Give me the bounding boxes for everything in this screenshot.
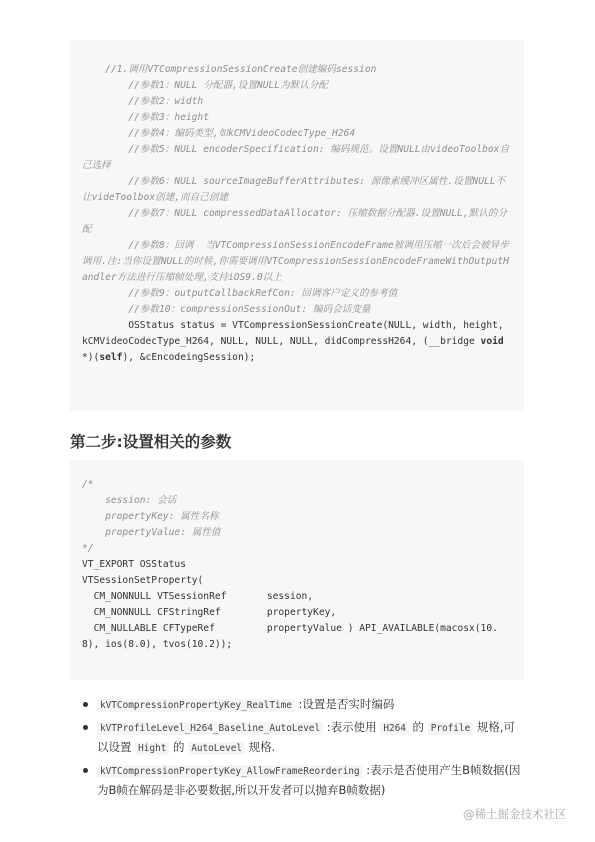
list-item-text: :表示使用 [323,720,380,734]
code-comment-line: //参数7：NULL compressedDataAllocator: 压缩数据… [82,206,512,238]
code-comment-line: //参数2：width [82,94,512,110]
inline-code: Profile [428,722,474,735]
code-comment-line: //参数10：compressionSessionOut: 编码会话变量 [82,302,512,318]
code-comment-line: /* [82,477,512,493]
code-comment-line: session: 会话 [82,493,512,509]
inline-code: kVTProfileLevel_H264_Baseline_AutoLevel [97,722,323,735]
watermark: @稀土掘金技术社区 [463,806,567,822]
inline-code: kVTCompressionPropertyKey_RealTime [97,699,295,712]
code-block-set-property: /* session: 会话 propertyKey: 属性名称 propert… [70,460,524,680]
code-block-create-session: //1.调用VTCompressionSessionCreate创建编码sess… [70,40,524,411]
list-item-text: :设置是否实时编码 [295,697,395,711]
bullet-icon [83,702,88,707]
inline-code: AutoLevel [188,742,245,755]
inline-code: H264 [380,722,409,735]
code-comment-line: //参数3：height [82,110,512,126]
inline-code: kVTCompressionPropertyKey_AllowFrameReor… [97,765,363,778]
inline-code: Hight [135,742,169,755]
list-item-text: 的 [169,740,188,754]
list-item: kVTProfileLevel_H264_Baseline_AutoLevel … [70,718,526,758]
code-comment-line: //参数9：outputCallbackRefCon: 回调客户定义的参考值 [82,286,512,302]
list-item-text: 规格. [245,740,275,754]
code-comment-line: propertyKey: 属性名称 [82,509,512,525]
list-item: kVTCompressionPropertyKey_AllowFrameReor… [70,761,526,800]
code-line: CM_NULLABLE CFTypeRef propertyValue ) AP… [82,621,512,653]
section-heading: 第二步:设置相关的参数 [70,430,231,452]
code-line: CM_NONNULL VTSessionRef session, [82,589,512,605]
code-comment-line: //参数5：NULL encoderSpecification: 编码规范。设置… [82,142,512,174]
code-comment-line: //1.调用VTCompressionSessionCreate创建编码sess… [82,62,512,78]
code-status-line: OSStatus status = VTCompressionSessionCr… [82,318,512,366]
code-line: VTSessionSetProperty( [82,573,512,589]
code-comment-line: propertyValue: 属性值 [82,525,512,541]
list-item-text: 的 [409,720,428,734]
property-list: kVTCompressionPropertyKey_RealTime :设置是否… [70,695,526,803]
bullet-icon [83,768,88,773]
code-comment-line: //参数8：回调 当VTCompressionSessionEncodeFram… [82,238,512,286]
list-item: kVTCompressionPropertyKey_RealTime :设置是否… [70,695,526,715]
code-comment-line: //参数6：NULL sourceImageBufferAttributes: … [82,174,512,206]
code-line: VT_EXPORT OSStatus [82,557,512,573]
keyword-void: void [481,336,504,347]
bullet-icon [83,725,88,730]
code-line: CM_NONNULL CFStringRef propertyKey, [82,605,512,621]
code-comment-line: */ [82,541,512,557]
keyword-self: self [99,352,122,363]
code-comment-line: //参数1：NULL 分配器,设置NULL为默认分配 [82,78,512,94]
code-comment-line: //参数4：编码类型,如kCMVideoCodecType_H264 [82,126,512,142]
